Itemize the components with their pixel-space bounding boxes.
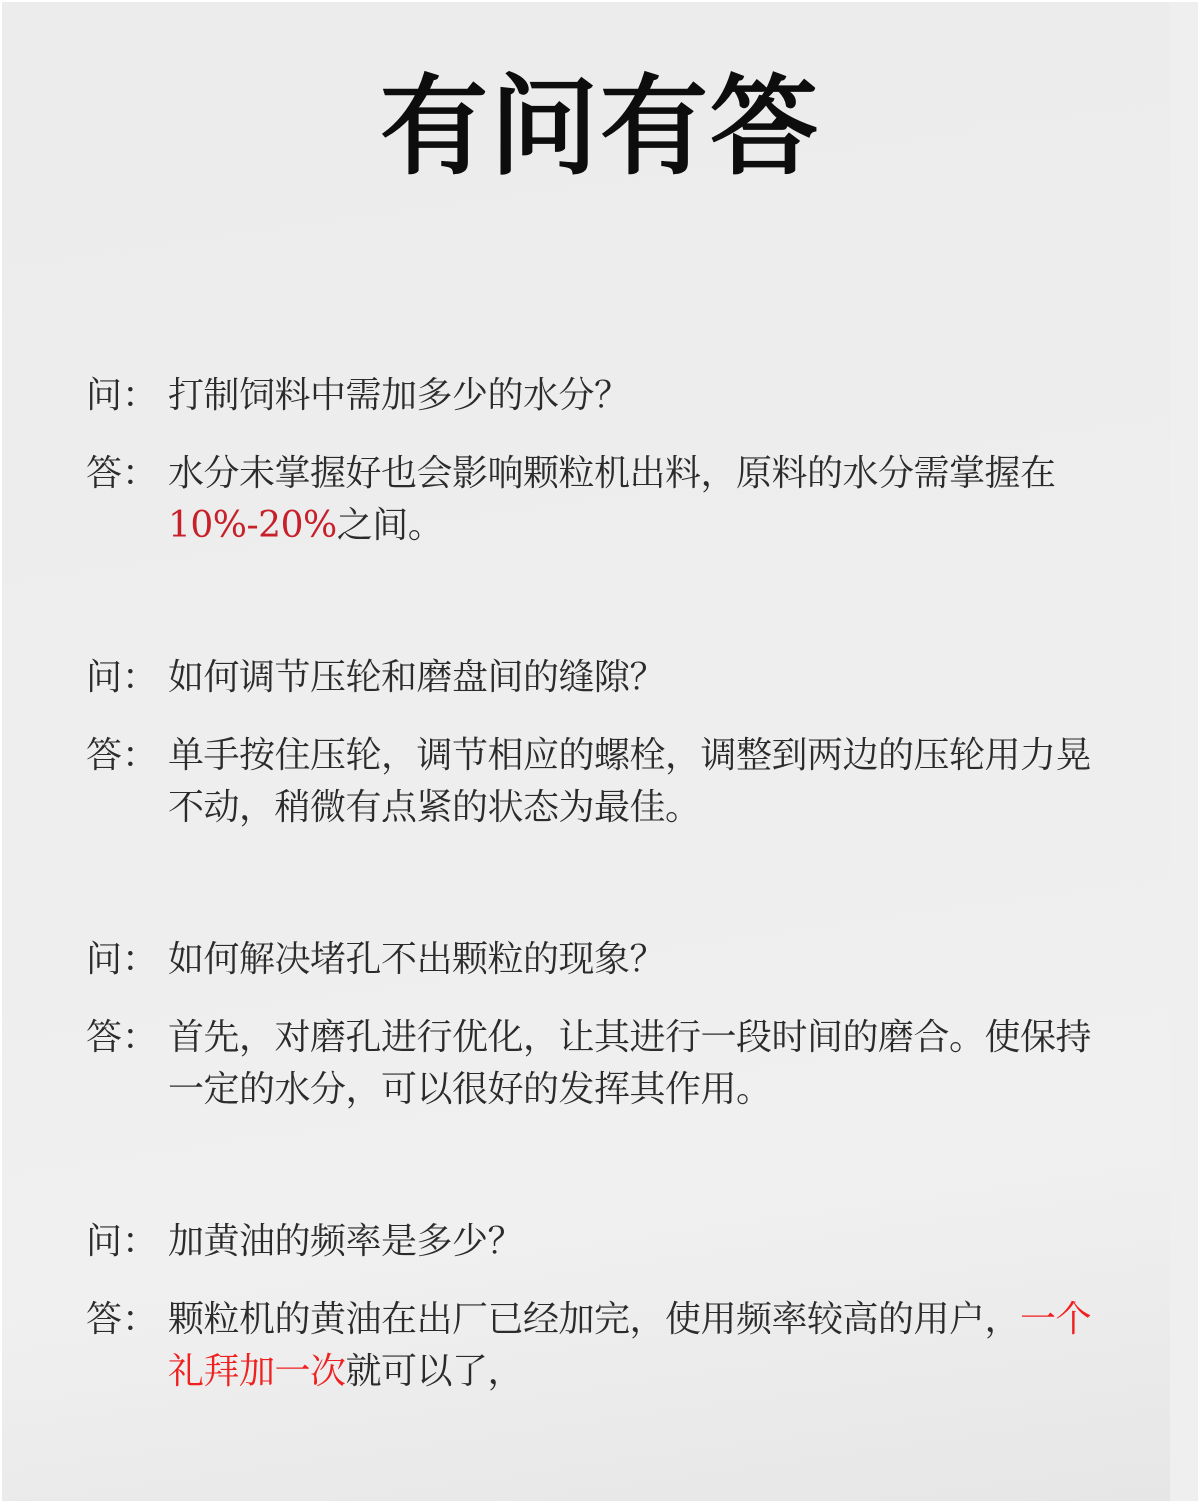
answer-row: 答： 颗粒机的黄油在出厂已经加完，使用频率较高的用户，一个礼拜加一次就可以了， xyxy=(86,1294,1126,1398)
question-label: 问： xyxy=(86,1216,168,1268)
answer-row: 答： 水分未掌握好也会影响颗粒机出料，原料的水分需掌握在10%-20%之间。 xyxy=(86,448,1126,552)
answer-highlight-percentage: 10%-20% xyxy=(168,505,337,546)
qa-item-grease-frequency: 问： 加黄油的频率是多少？ 答： 颗粒机的黄油在出厂已经加完，使用频率较高的用户… xyxy=(86,1216,1126,1398)
question-text: 打制饲料中需加多少的水分？ xyxy=(168,370,1126,422)
answer-label: 答： xyxy=(86,448,168,500)
answer-row: 答： 单手按住压轮，调节相应的螺栓，调整到两边的压轮用力晃不动，稍微有点紧的状态… xyxy=(86,730,1126,834)
answer-text: 颗粒机的黄油在出厂已经加完，使用频率较高的用户，一个礼拜加一次就可以了， xyxy=(168,1294,1126,1398)
question-text: 如何解决堵孔不出颗粒的现象？ xyxy=(168,934,1126,986)
answer-label: 答： xyxy=(86,1012,168,1064)
answer-label: 答： xyxy=(86,730,168,782)
question-row: 问： 打制饲料中需加多少的水分？ xyxy=(86,370,1126,422)
answer-text: 水分未掌握好也会影响颗粒机出料，原料的水分需掌握在10%-20%之间。 xyxy=(168,448,1126,552)
answer-text-before: 水分未掌握好也会影响颗粒机出料，原料的水分需掌握在 xyxy=(168,453,1056,494)
answer-text: 首先，对磨孔进行优化，让其进行一段时间的磨合。使保持一定的水分，可以很好的发挥其… xyxy=(168,1012,1126,1116)
question-row: 问： 如何调节压轮和磨盘间的缝隙？ xyxy=(86,652,1126,704)
question-label: 问： xyxy=(86,370,168,422)
qa-item-roller-gap: 问： 如何调节压轮和磨盘间的缝隙？ 答： 单手按住压轮，调节相应的螺栓，调整到两… xyxy=(86,652,1126,834)
page-title: 有问有答 xyxy=(2,62,1198,192)
qa-item-water-content: 问： 打制饲料中需加多少的水分？ 答： 水分未掌握好也会影响颗粒机出料，原料的水… xyxy=(86,370,1126,552)
answer-text: 单手按住压轮，调节相应的螺栓，调整到两边的压轮用力晃不动，稍微有点紧的状态为最佳… xyxy=(168,730,1126,834)
qa-page: 有问有答 问： 打制饲料中需加多少的水分？ 答： 水分未掌握好也会影响颗粒机出料… xyxy=(2,2,1198,1501)
qa-item-clogged-holes: 问： 如何解决堵孔不出颗粒的现象？ 答： 首先，对磨孔进行优化，让其进行一段时间… xyxy=(86,934,1126,1116)
answer-text-after: 就可以了， xyxy=(346,1351,524,1392)
question-label: 问： xyxy=(86,652,168,704)
question-text: 如何调节压轮和磨盘间的缝隙？ xyxy=(168,652,1126,704)
answer-text-after: 之间。 xyxy=(337,505,444,546)
answer-label: 答： xyxy=(86,1294,168,1346)
question-text: 加黄油的频率是多少？ xyxy=(168,1216,1126,1268)
question-row: 问： 加黄油的频率是多少？ xyxy=(86,1216,1126,1268)
question-label: 问： xyxy=(86,934,168,986)
answer-text-before: 颗粒机的黄油在出厂已经加完，使用频率较高的用户， xyxy=(168,1299,1020,1340)
question-row: 问： 如何解决堵孔不出颗粒的现象？ xyxy=(86,934,1126,986)
answer-row: 答： 首先，对磨孔进行优化，让其进行一段时间的磨合。使保持一定的水分，可以很好的… xyxy=(86,1012,1126,1116)
